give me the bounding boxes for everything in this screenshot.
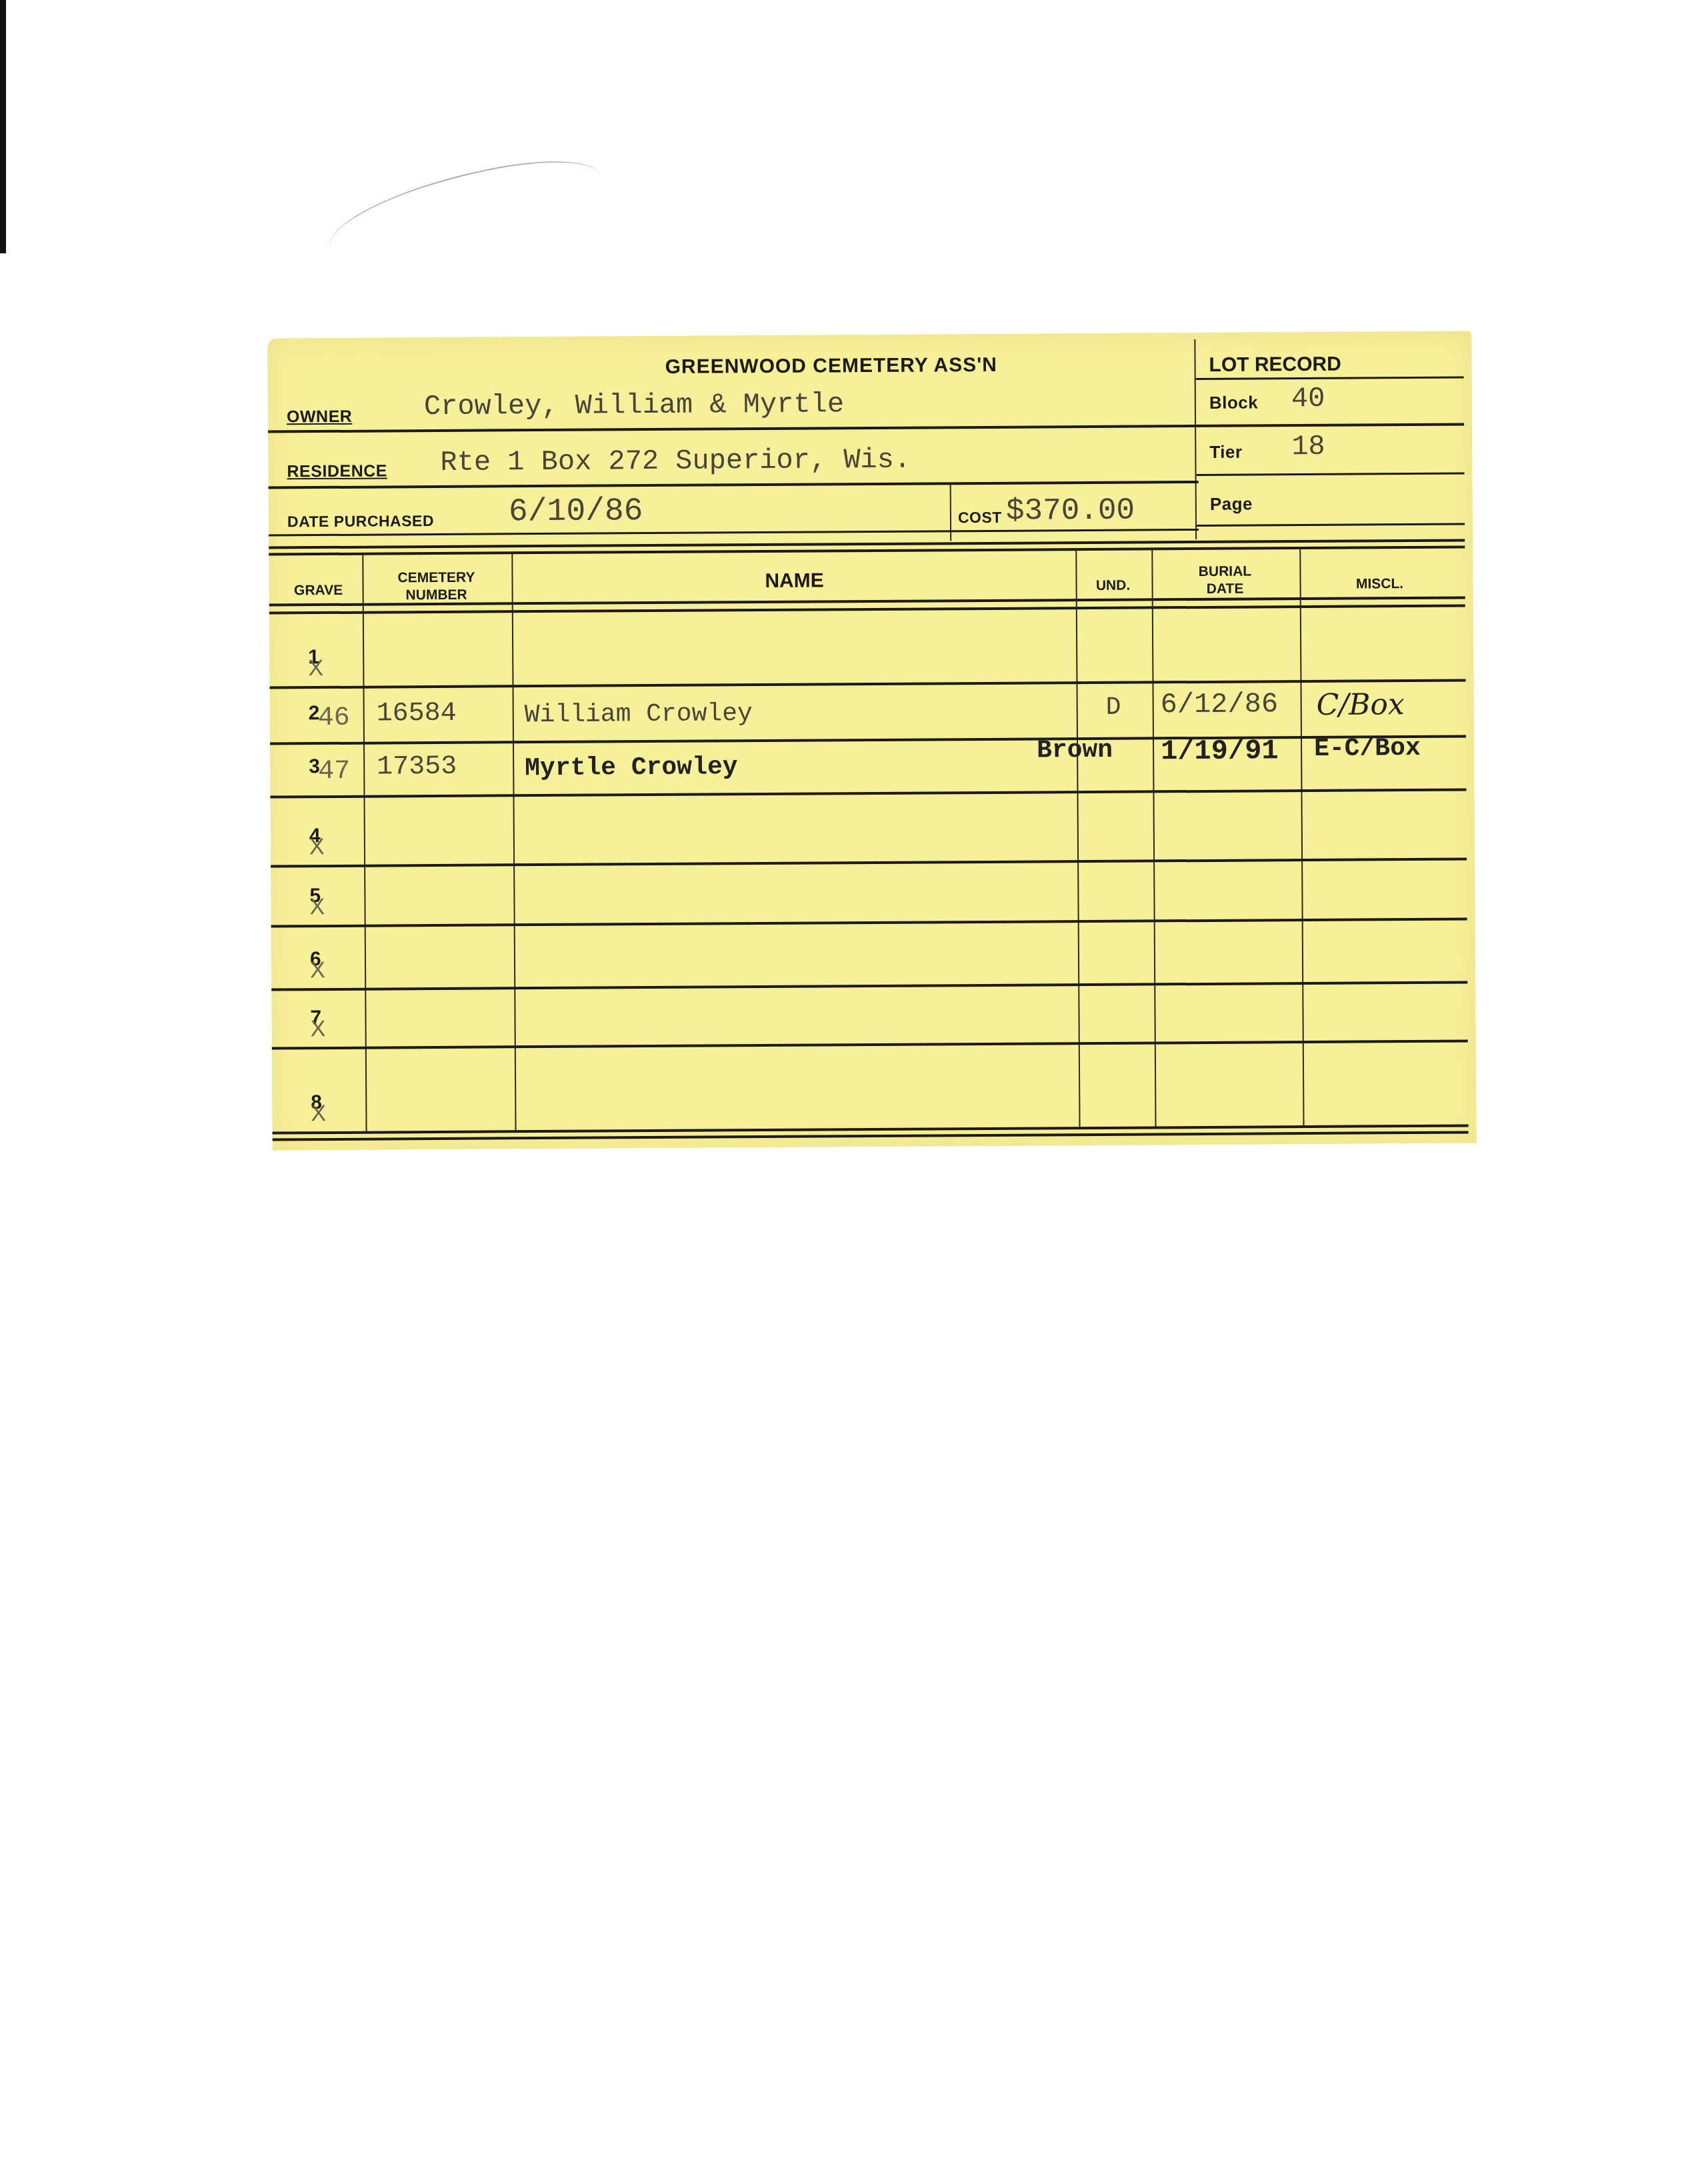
rule [1197,473,1465,476]
grave-mark: X [308,655,323,681]
deceased-name: William Crowley [525,699,753,729]
grave-mark: 46 [318,703,350,733]
divider [1194,339,1197,539]
column-divider [1299,548,1304,1127]
header-name: NAME [514,571,1074,591]
header-grave: GRAVE [276,582,361,600]
grave-mark: X [309,894,325,920]
row-rule [271,981,1467,991]
und-value: D [1106,693,1121,722]
column-divider [1151,549,1156,1127]
grave-table-body: 1X24616584William CrowleyD6/12/86C/Box34… [267,331,1471,338]
header-burial-date-line1: BURIAL [1153,563,1297,581]
lot-record-card: GREENWOOD CEMETERY ASS'N LOT RECORD OWNE… [267,331,1476,1150]
und-value: Brown [1037,736,1113,765]
row-rule [271,858,1467,868]
miscl-note: E-C/Box [1314,734,1421,763]
org-title: GREENWOOD CEMETERY ASS'N [665,354,997,379]
column-divider [511,553,516,1131]
miscl-note: C/Box [1317,687,1405,722]
row-rule [270,789,1466,799]
header-cemetery-number-line1: CEMETERY [363,569,509,587]
residence-value: Rte 1 Box 272 Superior, Wis. [440,444,911,479]
row-rule [269,679,1465,689]
tier-value: 18 [1291,431,1325,463]
burial-date: 1/19/91 [1161,735,1279,767]
grave-mark: 47 [318,757,350,787]
row-rule [271,918,1467,928]
rule [269,605,1465,615]
cemetery-number: 16584 [377,699,457,729]
divider [950,483,952,541]
grave-mark: X [311,1016,326,1042]
tier-label: Tier [1209,442,1242,463]
cost-value: $370.00 [1006,493,1135,529]
date-purchased-value: 6/10/86 [509,493,643,530]
column-divider [1075,549,1080,1128]
cost-label: COST [958,509,1002,527]
grave-mark: X [310,957,325,983]
grave-mark: X [309,834,325,860]
owner-label: OWNER [287,407,353,427]
scan-edge-mark [0,0,6,253]
header-miscl: MISCL. [1300,575,1460,593]
rule [1196,377,1464,380]
rule [269,481,1199,489]
lot-record-title: LOT RECORD [1209,353,1341,377]
block-value: 40 [1291,383,1325,415]
page-label: Page [1210,494,1253,515]
header-burial-date: BURIAL DATE [1153,563,1297,598]
cemetery-number: 17353 [377,752,457,783]
column-divider [362,554,367,1133]
grave-mark: X [311,1101,326,1127]
header-burial-date-line2: DATE [1153,580,1297,598]
residence-label: RESIDENCE [287,461,387,481]
row-rule [270,735,1466,745]
deceased-name: Myrtle Crowley [525,753,738,783]
block-label: Block [1209,392,1259,413]
row-rule [272,1040,1468,1050]
rule [268,423,1464,433]
header-cemetery-number: CEMETERY NUMBER [363,569,509,604]
date-purchased-label: DATE PURCHASED [287,512,434,531]
owner-value: Crowley, William & Myrtle [424,388,844,423]
rule [1197,523,1465,527]
burial-date: 6/12/86 [1161,688,1279,721]
pencil-mark [321,147,610,278]
header-und: UND. [1077,577,1149,595]
